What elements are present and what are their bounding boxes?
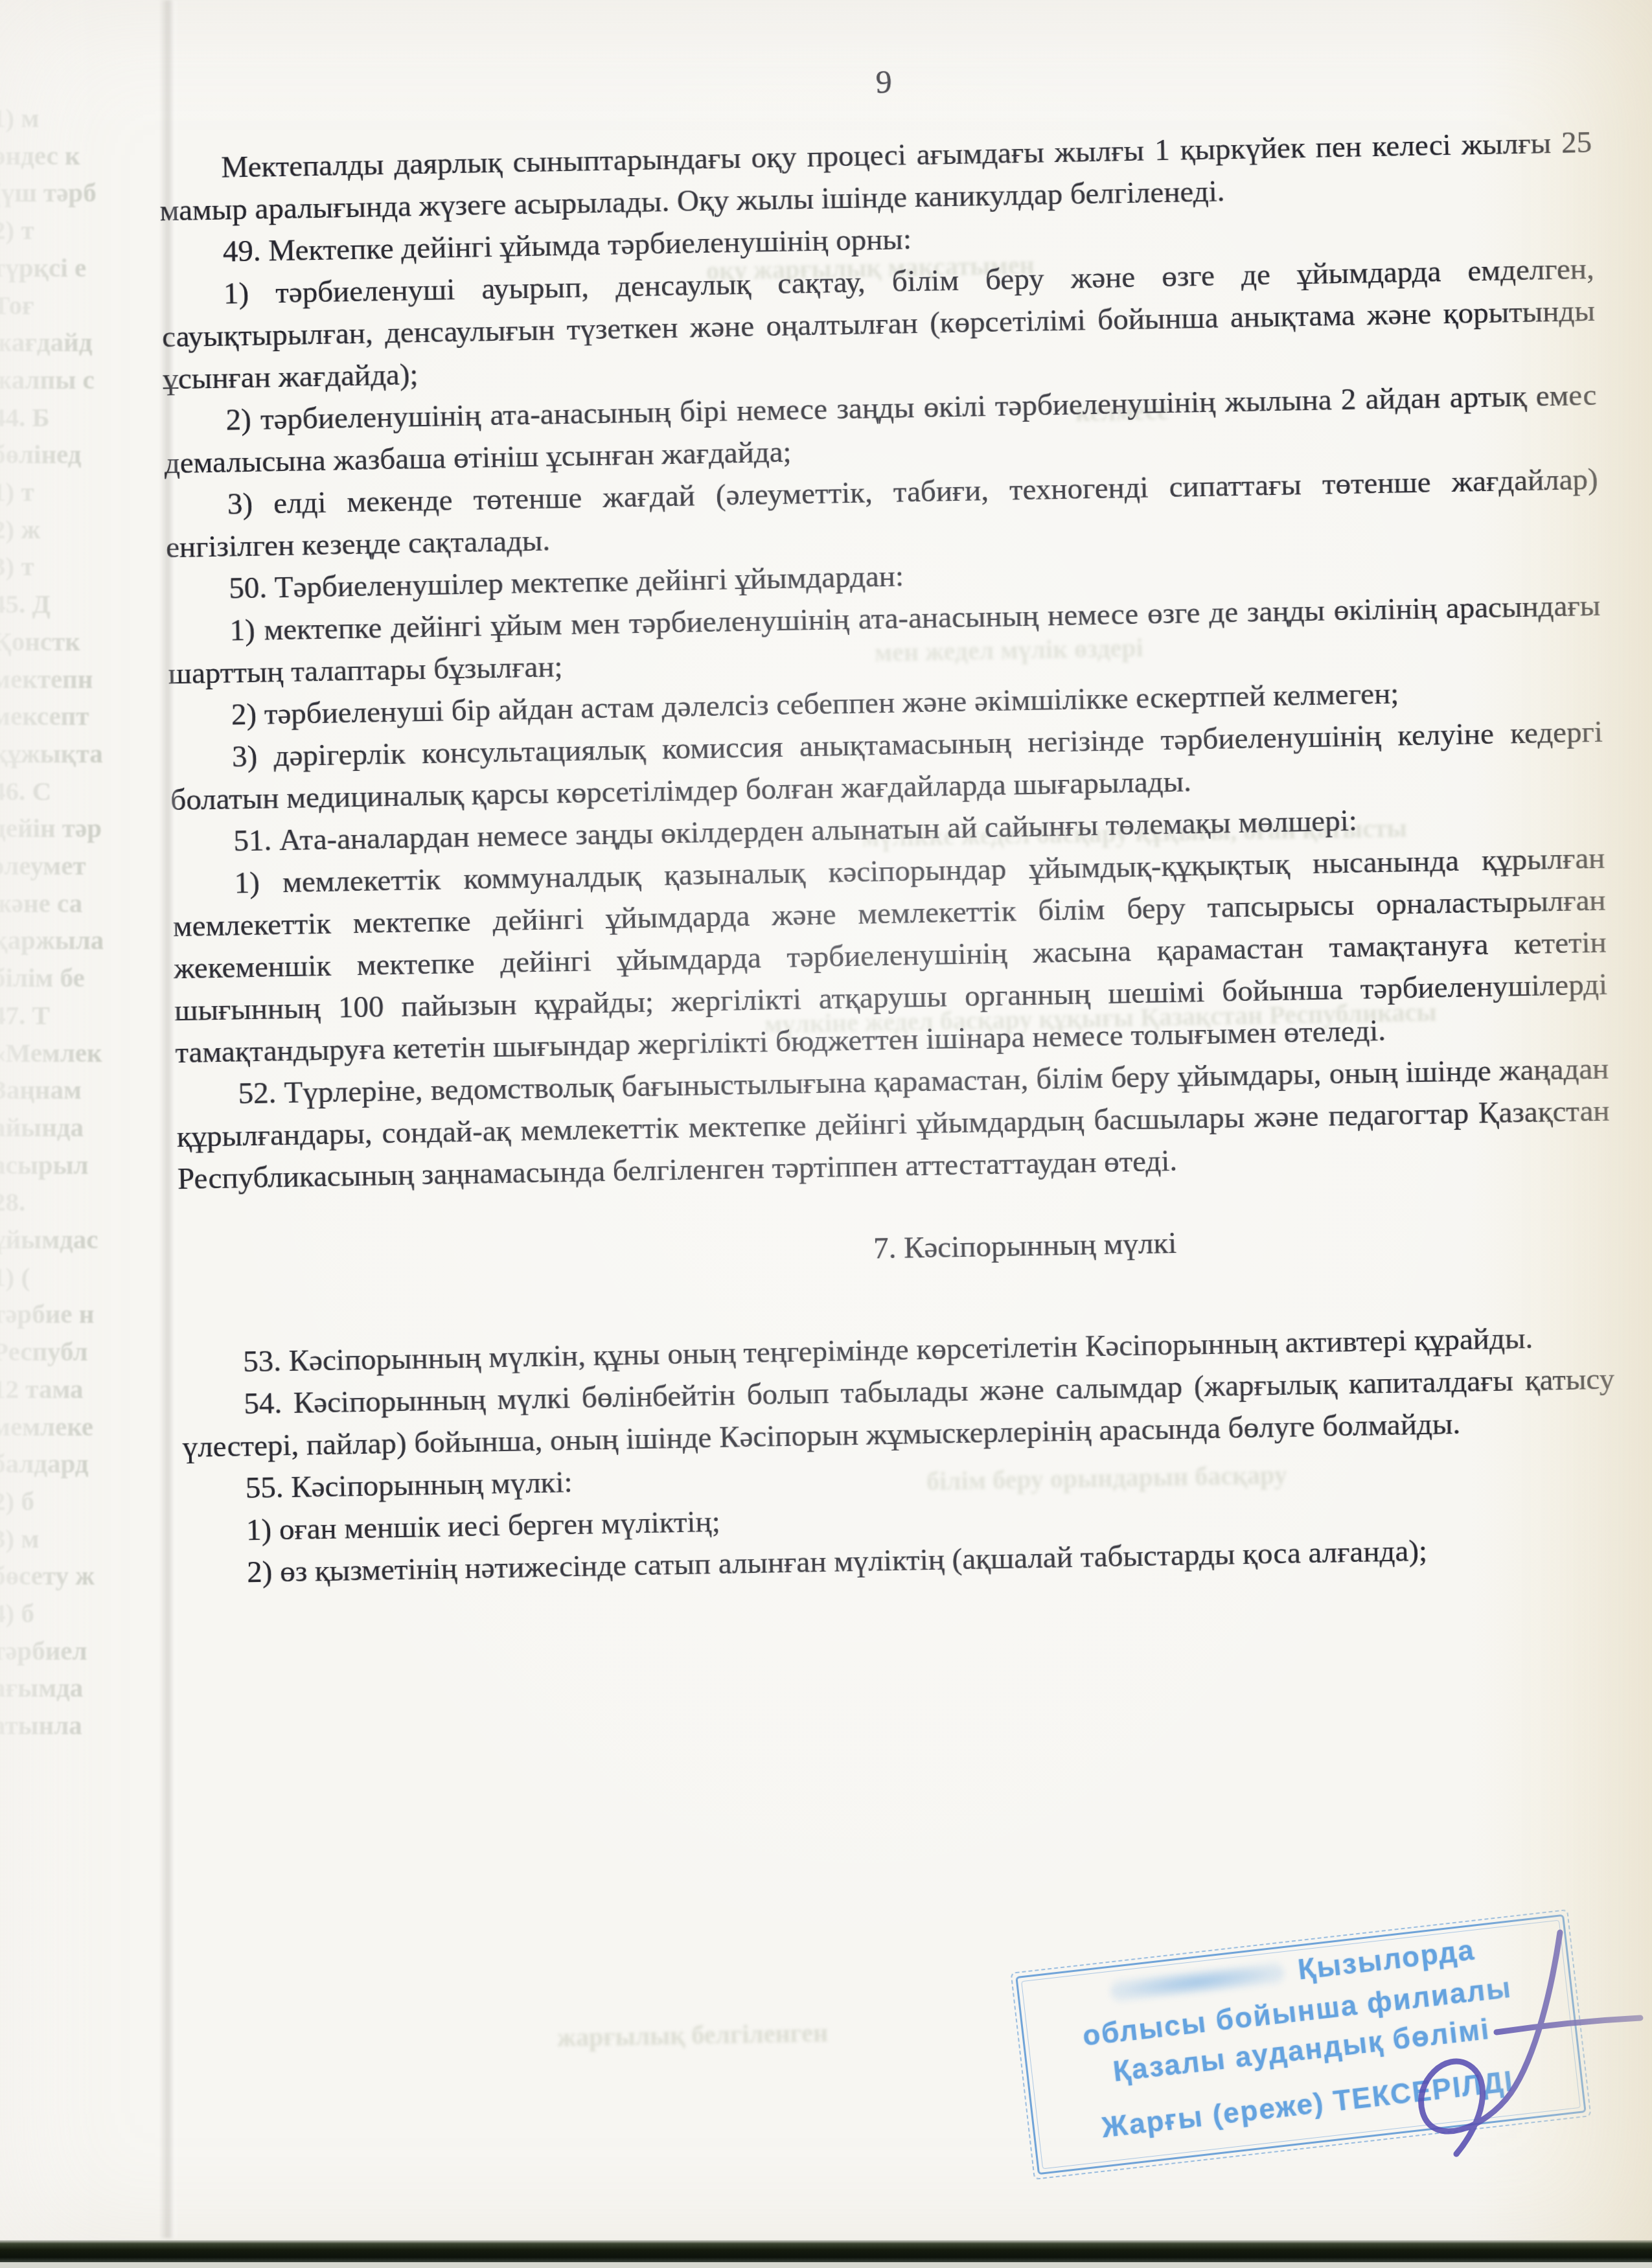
signature-loop-stroke: [1421, 1932, 1560, 2154]
paragraph: 1) мемлекеттік коммуналдық қазыналық кәс…: [172, 838, 1609, 1074]
bleedthrough-fragment: дейін тәр: [0, 812, 102, 843]
scanner-edge-band: [0, 2240, 1652, 2262]
bleedthrough-fragment: 45. Д: [0, 588, 51, 619]
ghost-text: жарғылық белгіленген: [557, 2017, 829, 2053]
bleedthrough-fragment: құжықта: [0, 738, 103, 769]
bleedthrough-fragment: мектепн: [0, 663, 93, 694]
bleedthrough-fragment: бөлінед: [0, 439, 81, 470]
bleedthrough-fragment: 3) т: [0, 551, 34, 582]
left-edge-bleedthrough: 1) мөндес к(үш тәрб2) ттүрқсі еТоғжағдай…: [0, 0, 104, 2203]
bleedthrough-fragment: жалпы с: [0, 364, 95, 395]
document-body: 9 Мектепалды даярлық сыныптарындағы оқу …: [157, 49, 1618, 1595]
bleedthrough-fragment: бөсету ж: [0, 1560, 95, 1591]
stamp-obscured-text-smudge: [1109, 1961, 1285, 2002]
bleedthrough-fragment: білім бе: [0, 962, 85, 993]
bleedthrough-fragment: Қонстк: [0, 626, 80, 657]
bleedthrough-fragment: 2) т: [0, 214, 34, 246]
bleedthrough-fragment: Тоғ: [0, 290, 34, 321]
bleedthrough-fragment: Республ: [0, 1336, 87, 1367]
bleedthrough-fragment: тәрбиел: [0, 1635, 87, 1666]
bleedthrough-fragment: 28.: [0, 1186, 25, 1217]
bleedthrough-fragment: «Мемлек: [0, 1037, 102, 1068]
bleedthrough-fragment: 1) т: [0, 476, 34, 507]
scanned-document-page: { "document": { "page_number": "9", "bod…: [0, 0, 1652, 2268]
bleedthrough-fragment: Заңнам: [0, 1074, 82, 1105]
paragraph: 52. Түрлеріне, ведомстволық бағыныстылығ…: [176, 1048, 1611, 1201]
bleedthrough-fragment: 3) м: [0, 1523, 39, 1554]
page-number: 9: [157, 49, 1591, 115]
bleedthrough-fragment: асырыл: [0, 1149, 89, 1180]
bleedthrough-fragment: 47. Т: [0, 1000, 50, 1031]
bleedthrough-fragment: атынла: [0, 1710, 82, 1741]
bleedthrough-fragment: 44. Б: [0, 402, 50, 433]
bleedthrough-fragment: айында: [0, 1112, 84, 1143]
clauses-53-55: 53. Кәсіпорынның мүлкін, құны оның теңге…: [181, 1316, 1618, 1595]
bleedthrough-fragment: 46. С: [0, 775, 51, 807]
bleedthrough-fragment: қаржыла: [0, 924, 104, 956]
bleedthrough-fragment: мемлеке: [0, 1411, 93, 1442]
bleedthrough-fragment: 2) ж: [0, 514, 40, 545]
bleedthrough-fragment: тәрбие н: [0, 1298, 94, 1329]
bleedthrough-fragment: 4) б: [0, 1598, 34, 1629]
scanner-edge-strip: [0, 2262, 1652, 2268]
bleedthrough-fragment: 1) (: [0, 1261, 30, 1292]
pen-signature: [1335, 1895, 1652, 2180]
bleedthrough-fragment: 1) м: [0, 102, 39, 133]
clauses-49-52: Мектепалды даярлық сыныптарындағы оқу пр…: [159, 122, 1611, 1200]
bleedthrough-fragment: 12 тама: [0, 1373, 84, 1404]
bleedthrough-fragment: балдард: [0, 1448, 89, 1479]
bleedthrough-fragment: ағымда: [0, 1672, 83, 1703]
bleedthrough-fragment: ұйымдас: [0, 1224, 98, 1255]
bleedthrough-fragment: әлеумет: [0, 850, 86, 881]
bleedthrough-fragment: 2) б: [0, 1485, 34, 1517]
section-heading: 7. Кәсіпорынның мүлкі: [179, 1215, 1612, 1283]
signature-dash-stroke: [1497, 2018, 1640, 2032]
bleedthrough-fragment: жағдайд: [0, 326, 92, 358]
bleedthrough-fragment: және са: [0, 888, 82, 919]
bleedthrough-fragment: мексепт: [0, 700, 89, 731]
bleedthrough-fragment: (үш тәрб: [0, 177, 97, 208]
bleedthrough-fragment: түрқсі е: [0, 252, 86, 283]
bleedthrough-fragment: өндес к: [0, 140, 80, 171]
